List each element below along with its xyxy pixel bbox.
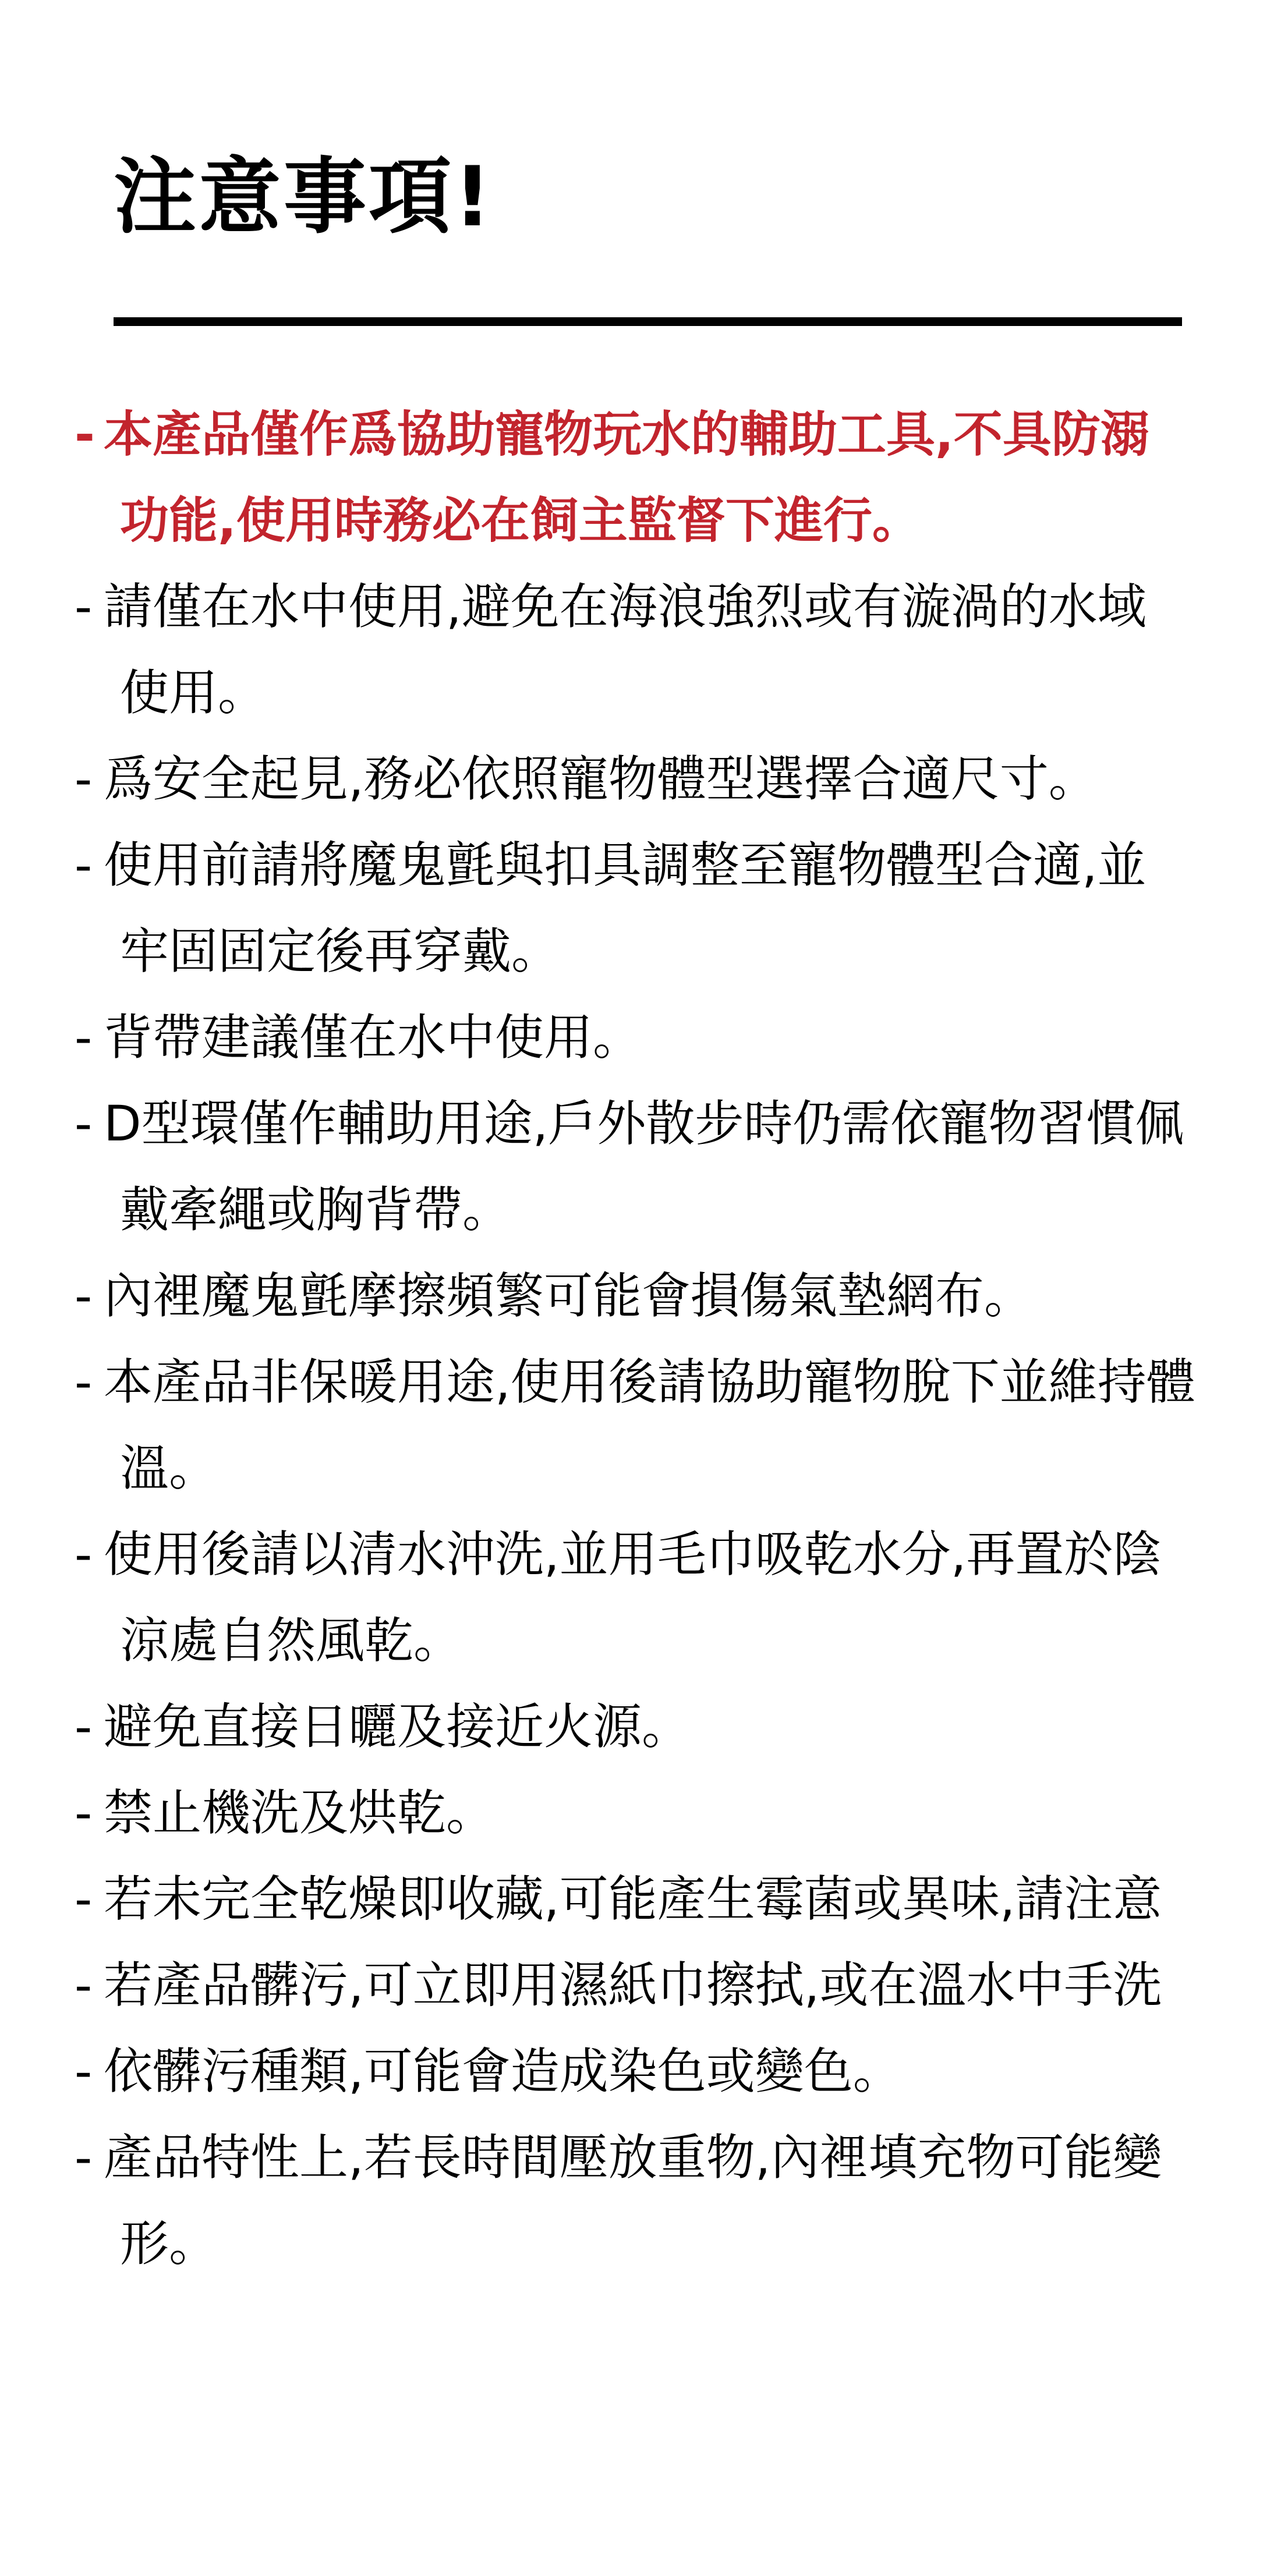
header: 注意事項!: [0, 0, 1288, 239]
note-line-text: 形。: [120, 2215, 218, 2272]
note-line-text: 使用前請將魔鬼氈與扣具調整至寵物體型合適,並: [104, 837, 1147, 894]
note-item: -禁止機洗及烘乾。: [75, 1770, 1218, 1856]
note-line-text: 本產品僅作爲協助寵物玩水的輔助工具,不具防溺: [104, 406, 1149, 463]
page-title: 注意事項!: [114, 156, 1288, 239]
bullet-dash: -: [75, 1511, 104, 1597]
note-line-continuation: 溫。: [75, 1425, 1218, 1511]
note-item: -請僅在水中使用,避免在海浪強烈或有漩渦的水域使用。: [75, 564, 1218, 736]
note-item: -依髒污種類,可能會造成染色或變色。: [75, 2028, 1218, 2114]
note-line-text: 功能,使用時務必在飼主監督下進行。: [120, 492, 921, 549]
note-line-text: 爲安全起見,務必依照寵物體型選擇合適尺寸。: [104, 750, 1098, 807]
bullet-dash: -: [75, 2028, 104, 2114]
bullet-dash: -: [75, 822, 104, 908]
note-line-continuation: 戴牽繩或胸背帶。: [75, 1167, 1218, 1253]
note-item: -內裡魔鬼氈摩擦頻繁可能會損傷氣墊網布。: [75, 1253, 1218, 1339]
bullet-dash: -: [75, 1339, 104, 1425]
note-line-text: D型環僅作輔助用途,戶外散步時仍需依寵物習慣佩: [104, 1095, 1184, 1152]
note-line: -禁止機洗及烘乾。: [75, 1770, 1218, 1856]
bullet-dash: -: [75, 391, 104, 477]
note-line-text: 若未完全乾燥即收藏,可能產生霉菌或異味,請注意: [104, 1870, 1162, 1927]
note-line-text: 溫。: [120, 1440, 218, 1497]
note-line: -內裡魔鬼氈摩擦頻繁可能會損傷氣墊網布。: [75, 1253, 1218, 1339]
note-line: -依髒污種類,可能會造成染色或變色。: [75, 2028, 1218, 2114]
note-line-text: 依髒污種類,可能會造成染色或變色。: [104, 2043, 902, 2100]
note-line-text: 若產品髒污,可立即用濕紙巾擦拭,或在溫水中手洗: [104, 1957, 1162, 2014]
bullet-dash: -: [75, 1684, 104, 1770]
bullet-dash: -: [75, 1080, 104, 1167]
note-line-text: 戴牽繩或胸背帶。: [120, 1181, 511, 1238]
note-line: -爲安全起見,務必依照寵物體型選擇合適尺寸。: [75, 736, 1218, 822]
note-item: -本產品僅作爲協助寵物玩水的輔助工具,不具防溺功能,使用時務必在飼主監督下進行。: [75, 391, 1218, 564]
bullet-dash: -: [75, 1942, 104, 2028]
note-line-text: 產品特性上,若長時間壓放重物,內裡填充物可能變: [104, 2129, 1162, 2186]
note-line: -請僅在水中使用,避免在海浪強烈或有漩渦的水域: [75, 564, 1218, 650]
note-item: -背帶建議僅在水中使用。: [75, 994, 1218, 1080]
note-line-text: 涼處自然風乾。: [120, 1612, 462, 1669]
note-line-continuation: 形。: [75, 2201, 1218, 2287]
note-item: -爲安全起見,務必依照寵物體型選擇合適尺寸。: [75, 736, 1218, 822]
note-line: -若未完全乾燥即收藏,可能產生霉菌或異味,請注意: [75, 1856, 1218, 1942]
bullet-dash: -: [75, 1770, 104, 1856]
note-line-text: 避免直接日曬及接近火源。: [104, 1698, 691, 1755]
note-item: -產品特性上,若長時間壓放重物,內裡填充物可能變形。: [75, 2114, 1218, 2287]
note-line: -避免直接日曬及接近火源。: [75, 1684, 1218, 1770]
note-line: -背帶建議僅在水中使用。: [75, 994, 1218, 1080]
bullet-dash: -: [75, 1856, 104, 1942]
note-line-text: 本產品非保暖用途,使用後請協助寵物脫下並維持體: [104, 1353, 1195, 1411]
note-line: -使用後請以清水沖洗,並用毛巾吸乾水分,再置於陰: [75, 1511, 1218, 1597]
note-line-continuation: 牢固固定後再穿戴。: [75, 908, 1218, 994]
notice-page: 注意事項! -本產品僅作爲協助寵物玩水的輔助工具,不具防溺功能,使用時務必在飼主…: [0, 0, 1288, 2576]
note-line-text: 背帶建議僅在水中使用。: [104, 1009, 642, 1066]
note-line: -產品特性上,若長時間壓放重物,內裡填充物可能變: [75, 2114, 1218, 2201]
note-line: -本產品僅作爲協助寵物玩水的輔助工具,不具防溺: [75, 391, 1218, 477]
note-line-continuation: 使用。: [75, 650, 1218, 736]
note-line-continuation: 涼處自然風乾。: [75, 1597, 1218, 1684]
note-item: -D型環僅作輔助用途,戶外散步時仍需依寵物習慣佩戴牽繩或胸背帶。: [75, 1080, 1218, 1253]
note-item: -避免直接日曬及接近火源。: [75, 1684, 1218, 1770]
note-item: -使用前請將魔鬼氈與扣具調整至寵物體型合適,並牢固固定後再穿戴。: [75, 822, 1218, 994]
note-line-text: 使用後請以清水沖洗,並用毛巾吸乾水分,再置於陰: [104, 1526, 1162, 1583]
note-item: -使用後請以清水沖洗,並用毛巾吸乾水分,再置於陰涼處自然風乾。: [75, 1511, 1218, 1684]
bullet-dash: -: [75, 2114, 104, 2201]
note-line: -若產品髒污,可立即用濕紙巾擦拭,或在溫水中手洗: [75, 1942, 1218, 2028]
bullet-dash: -: [75, 1253, 104, 1339]
note-line-text: 使用。: [120, 664, 267, 721]
note-item: -若產品髒污,可立即用濕紙巾擦拭,或在溫水中手洗: [75, 1942, 1218, 2028]
bullet-dash: -: [75, 994, 104, 1080]
bullet-dash: -: [75, 564, 104, 650]
note-item: -本產品非保暖用途,使用後請協助寵物脫下並維持體溫。: [75, 1339, 1218, 1511]
title-underline-rule: [114, 317, 1182, 326]
bullet-dash: -: [75, 736, 104, 822]
note-line: -本產品非保暖用途,使用後請協助寵物脫下並維持體: [75, 1339, 1218, 1425]
note-line: -D型環僅作輔助用途,戶外散步時仍需依寵物習慣佩: [75, 1080, 1218, 1167]
notes-list: -本產品僅作爲協助寵物玩水的輔助工具,不具防溺功能,使用時務必在飼主監督下進行。…: [75, 391, 1218, 2287]
note-item: -若未完全乾燥即收藏,可能產生霉菌或異味,請注意: [75, 1856, 1218, 1942]
note-line-text: 禁止機洗及烘乾。: [104, 1784, 495, 1841]
note-line-continuation: 功能,使用時務必在飼主監督下進行。: [75, 477, 1218, 564]
note-line-text: 請僅在水中使用,避免在海浪強烈或有漩渦的水域: [104, 578, 1147, 635]
note-line-text: 內裡魔鬼氈摩擦頻繁可能會損傷氣墊網布。: [104, 1267, 1033, 1324]
note-line: -使用前請將魔鬼氈與扣具調整至寵物體型合適,並: [75, 822, 1218, 908]
note-line-text: 牢固固定後再穿戴。: [120, 923, 560, 980]
